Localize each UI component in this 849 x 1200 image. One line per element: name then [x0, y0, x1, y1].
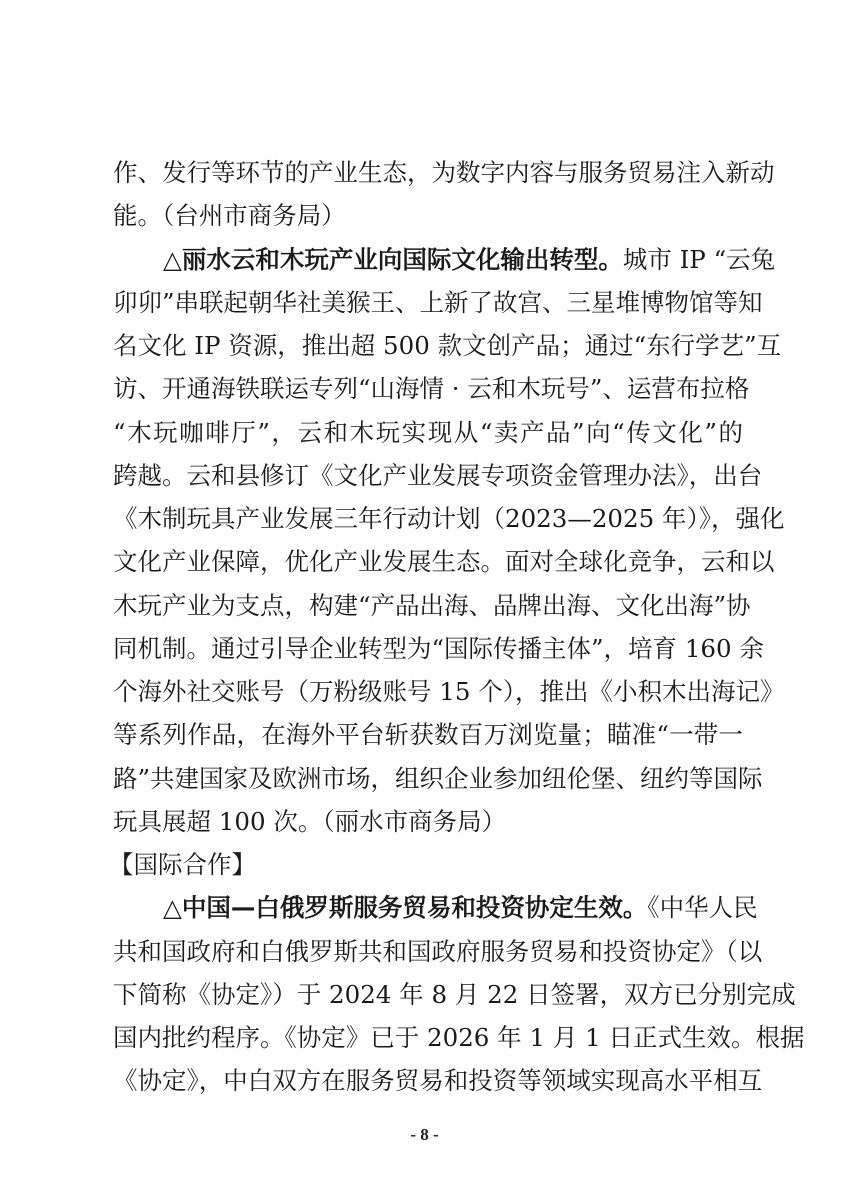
- paragraph-2-line: 访、开通海铁联运专列“山海情 · 云和木玩号”、运营布拉格: [113, 367, 743, 410]
- paragraph-2-line: 个海外社交账号（万粉级账号 15 个），推出《小积木出海记》: [113, 670, 743, 713]
- paragraph-2-line: 路”共建国家及欧洲市场，组织企业参加纽伦堡、纽约等国际: [113, 757, 743, 800]
- paragraph-3-line: 共和国政府和白俄罗斯共和国政府服务贸易和投资协定》（以: [113, 930, 743, 973]
- section-heading: 【国际合作】: [109, 843, 743, 886]
- paragraph-3-first-line-text: 《中华人民: [647, 893, 757, 922]
- paragraph-2-line: 等系列作品，在海外平台斩获数百万浏览量；瞄准“一带一: [113, 713, 743, 756]
- paragraph-2-line: 玩具展超 100 次。（丽水市商务局）: [113, 800, 743, 843]
- paragraph-2-line: 跨越。云和县修订《文化产业发展专项资金管理办法》，出台: [113, 454, 743, 497]
- paragraph-3-line: 国内批约程序。《协定》已于 2026 年 1 月 1 日正式生效。根据: [113, 1016, 743, 1059]
- document-page: 作、发行等环节的产业生态，为数字内容与服务贸易注入新动 能。（台州市商务局） △…: [0, 0, 849, 1200]
- paragraph-2-line: 文化产业保障，优化产业发展生态。面对全球化竞争，云和以: [113, 540, 743, 583]
- paragraph-2-first-line: △丽水云和木玩产业向国际文化输出转型。城市 IP “云兔: [113, 238, 743, 281]
- paragraph-3-title: △中国—白俄罗斯服务贸易和投资协定生效。: [163, 893, 647, 922]
- paragraph-2-line: 木玩产业为支点，构建“产品出海、品牌出海、文化出海”协: [113, 584, 743, 627]
- paragraph-1-line-2: 能。（台州市商务局）: [113, 194, 743, 237]
- page-number: - 8 -: [0, 1125, 849, 1145]
- paragraph-2-title: △丽水云和木玩产业向国际文化输出转型。: [163, 245, 623, 274]
- document-body: 作、发行等环节的产业生态，为数字内容与服务贸易注入新动 能。（台州市商务局） △…: [113, 151, 743, 1103]
- paragraph-2-line: 《木制玩具产业发展三年行动计划（2023—2025 年）》，强化: [113, 497, 743, 540]
- paragraph-2-line: “木玩咖啡厅”，云和木玩实现从“卖产品”向“传文化”的: [113, 411, 743, 454]
- paragraph-3-first-line: △中国—白俄罗斯服务贸易和投资协定生效。《中华人民: [113, 886, 743, 929]
- paragraph-3-line: 下简称《协定》）于 2024 年 8 月 22 日签署，双方已分别完成: [113, 973, 743, 1016]
- paragraph-3-line: 《协定》，中白双方在服务贸易和投资等领域实现高水平相互: [113, 1059, 743, 1102]
- paragraph-2-line: 名文化 IP 资源，推出超 500 款文创产品；通过“东行学艺”互: [113, 324, 743, 367]
- paragraph-2-first-line-text: 城市 IP “云兔: [623, 245, 775, 274]
- paragraph-2-line: 卯卯”串联起朝华社美猴王、上新了故宫、三星堆博物馆等知: [113, 281, 743, 324]
- paragraph-2-line: 同机制。通过引导企业转型为“国际传播主体”，培育 160 余: [113, 627, 743, 670]
- paragraph-1-line-1: 作、发行等环节的产业生态，为数字内容与服务贸易注入新动: [113, 151, 743, 194]
